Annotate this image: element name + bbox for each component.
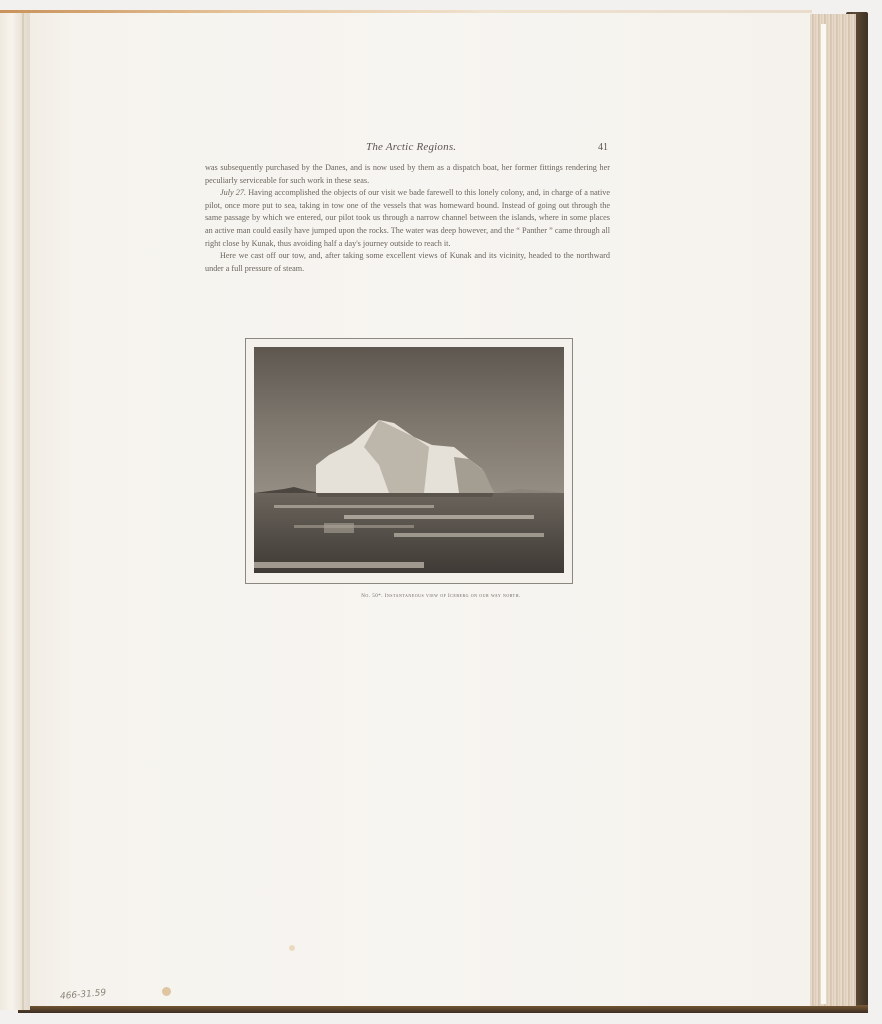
- paragraph-2: July 27. Having accomplished the objects…: [205, 187, 610, 250]
- book-gutter: [0, 12, 30, 1010]
- paragraph-text: Having accomplished the objects of our v…: [205, 188, 610, 247]
- page-stack: [808, 14, 856, 1006]
- running-head: The Arctic Regions.: [366, 141, 456, 153]
- paragraph-1: was subsequently purchased by the Danes,…: [205, 162, 610, 187]
- foxing-stain: [289, 945, 295, 951]
- plate-caption: No. 50*. Instantaneous view of Iceberg o…: [0, 593, 882, 599]
- body-text: was subsequently purchased by the Danes,…: [205, 162, 610, 275]
- paragraph-text: was subsequently purchased by the Danes,…: [205, 163, 610, 185]
- foxing-stain: [162, 987, 171, 996]
- paragraph-text: Here we cast off our tow, and, after tak…: [205, 251, 610, 273]
- date-heading: July 27.: [220, 188, 246, 197]
- iceberg-photograph: [254, 347, 564, 573]
- book-spread: The Arctic Regions. 41 was subsequently …: [0, 0, 882, 1024]
- book-cover-bottom-edge: [18, 1005, 868, 1013]
- paragraph-3: Here we cast off our tow, and, after tak…: [205, 250, 610, 275]
- iceberg-image-icon: [254, 347, 564, 573]
- page-stack-highlight: [821, 24, 826, 1004]
- photo-plate: [245, 338, 573, 584]
- gutter-fold: [22, 12, 24, 1010]
- page-number: 41: [598, 142, 608, 153]
